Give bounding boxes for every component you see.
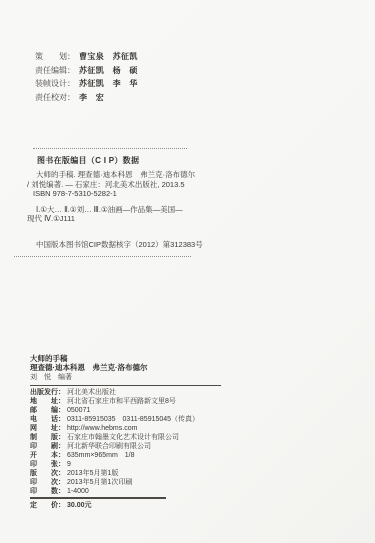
divider-line-top <box>30 385 221 386</box>
colophon-value: http://www.hebms.com <box>67 424 137 433</box>
cip-description: 大师的手稿. 理查德·迪本科恩 弗兰克·洛布德尔 / 刘悦编著. — 石家庄：河… <box>27 170 252 199</box>
book-author: 刘 悦 编著 <box>30 373 360 383</box>
colophon-label: 邮 编： <box>30 406 65 415</box>
colophon-label: 印 数： <box>30 487 65 496</box>
price-label: 定 价： <box>30 501 65 510</box>
colophon-label: 印 张： <box>30 460 65 469</box>
colophon-label: 电 话： <box>30 415 65 424</box>
colophon-label: 制 版： <box>30 433 65 442</box>
colophon-label: 地 址： <box>30 397 65 406</box>
colophon-row: 出版发行： 河北美术出版社 <box>30 388 360 397</box>
colophon-section: 大师的手稿 理查德·迪本科恩 弗兰克·洛布德尔 刘 悦 编著 出版发行： 河北美… <box>30 354 360 510</box>
colophon-value: 2013年5月第1版 <box>67 469 118 478</box>
colophon-row: 印 刷： 河北新华联合印刷有限公司 <box>30 442 360 451</box>
credit-label: 责任校对： <box>35 92 75 103</box>
colophon-row: 制 版： 石家庄市翰墨文化艺术设计有限公司 <box>30 433 360 442</box>
cip-heading: 图书在版编目（C I P）数据 <box>37 155 139 166</box>
credit-row: 装帧设计： 苏征凯 李 华 <box>35 78 138 92</box>
credit-value: 苏征凯 李 华 <box>79 78 138 89</box>
colophon-value: 河北美术出版社 <box>67 388 116 397</box>
colophon-value: 050071 <box>67 406 90 415</box>
divider-line-bottom <box>30 497 166 498</box>
cip-description-line: 大师的手稿. 理查德·迪本科恩 弗兰克·洛布德尔 <box>27 170 252 180</box>
colophon-value: 2013年5月第1次印刷 <box>67 478 132 487</box>
cip-description-line: / 刘悦编著. — 石家庄：河北美术出版社, 2013.5 <box>27 180 252 190</box>
colophon-row: 印 张： 9 <box>30 460 360 469</box>
cip-record-number: 中国版本图书馆CIP数据核字（2012）第312383号 <box>36 239 203 250</box>
colophon-label: 版 次： <box>30 469 65 478</box>
cip-classification-line: 现代 Ⅳ.①J111 <box>27 214 252 223</box>
colophon-row: 地 址： 河北省石家庄市和平西路新文里8号 <box>30 397 360 406</box>
colophon-row: 开 本： 635mm×965mm 1/8 <box>30 451 360 460</box>
colophon-value: 635mm×965mm 1/8 <box>67 451 135 460</box>
colophon-row: 印 数： 1-4000 <box>30 487 360 496</box>
colophon-value: 1-4000 <box>67 487 89 496</box>
colophon-label: 印 次： <box>30 478 65 487</box>
staff-credits-section: 策 划： 曹宝泉 苏征凯 责任编辑： 苏征凯 杨 硕 装帧设计： 苏征凯 李 华… <box>35 51 138 105</box>
colophon-row: 版 次： 2013年5月第1版 <box>30 469 360 478</box>
book-title: 大师的手稿 <box>30 354 360 363</box>
colophon-label: 出版发行： <box>30 388 65 397</box>
credit-label: 装帧设计： <box>35 78 75 89</box>
copyright-page: 策 划： 曹宝泉 苏征凯 责任编辑： 苏征凯 杨 硕 装帧设计： 苏征凯 李 华… <box>0 0 375 543</box>
publication-details: 出版发行： 河北美术出版社 地 址： 河北省石家庄市和平西路新文里8号 邮 编：… <box>30 388 360 496</box>
credit-label: 责任编辑： <box>35 65 75 76</box>
colophon-value: 河北新华联合印刷有限公司 <box>67 442 151 451</box>
cip-classification: Ⅰ.①大… Ⅱ.①刘… Ⅲ.①油画—作品集—美国— 现代 Ⅳ.①J111 <box>27 205 252 224</box>
book-subtitle: 理查德·迪本科恩 弗兰克·洛布德尔 <box>30 363 360 372</box>
colophon-value: 9 <box>67 460 71 469</box>
colophon-label: 开 本： <box>30 451 65 460</box>
credit-row: 策 划： 曹宝泉 苏征凯 <box>35 51 138 65</box>
cip-classification-line: Ⅰ.①大… Ⅱ.①刘… Ⅲ.①油画—作品集—美国— <box>27 205 252 214</box>
credit-label: 策 划： <box>35 51 75 62</box>
credit-value: 曹宝泉 苏征凯 <box>79 51 138 62</box>
dotted-divider-bottom <box>14 256 191 257</box>
credit-value: 苏征凯 杨 硕 <box>79 65 138 76</box>
colophon-row: 印 次： 2013年5月第1次印刷 <box>30 478 360 487</box>
credit-value: 李 宏 <box>79 92 104 103</box>
colophon-label: 印 刷： <box>30 442 65 451</box>
colophon-row: 网 址： http://www.hebms.com <box>30 424 360 433</box>
colophon-row: 电 话： 0311-85915035 0311-85915045（传真） <box>30 415 360 424</box>
colophon-row: 邮 编： 050071 <box>30 406 360 415</box>
credit-row: 责任校对： 李 宏 <box>35 92 138 106</box>
colophon-value: 石家庄市翰墨文化艺术设计有限公司 <box>67 433 179 442</box>
cip-isbn: ISBN 978-7-5310-5282-1 <box>27 189 252 199</box>
credit-row: 责任编辑： 苏征凯 杨 硕 <box>35 65 138 79</box>
colophon-value: 0311-85915035 0311-85915045（传真） <box>67 415 199 424</box>
colophon-value: 河北省石家庄市和平西路新文里8号 <box>67 397 176 406</box>
dotted-divider-top <box>33 148 187 149</box>
price-value: 30.00元 <box>67 501 92 510</box>
colophon-label: 网 址： <box>30 424 65 433</box>
price-row: 定 价： 30.00元 <box>30 501 360 510</box>
